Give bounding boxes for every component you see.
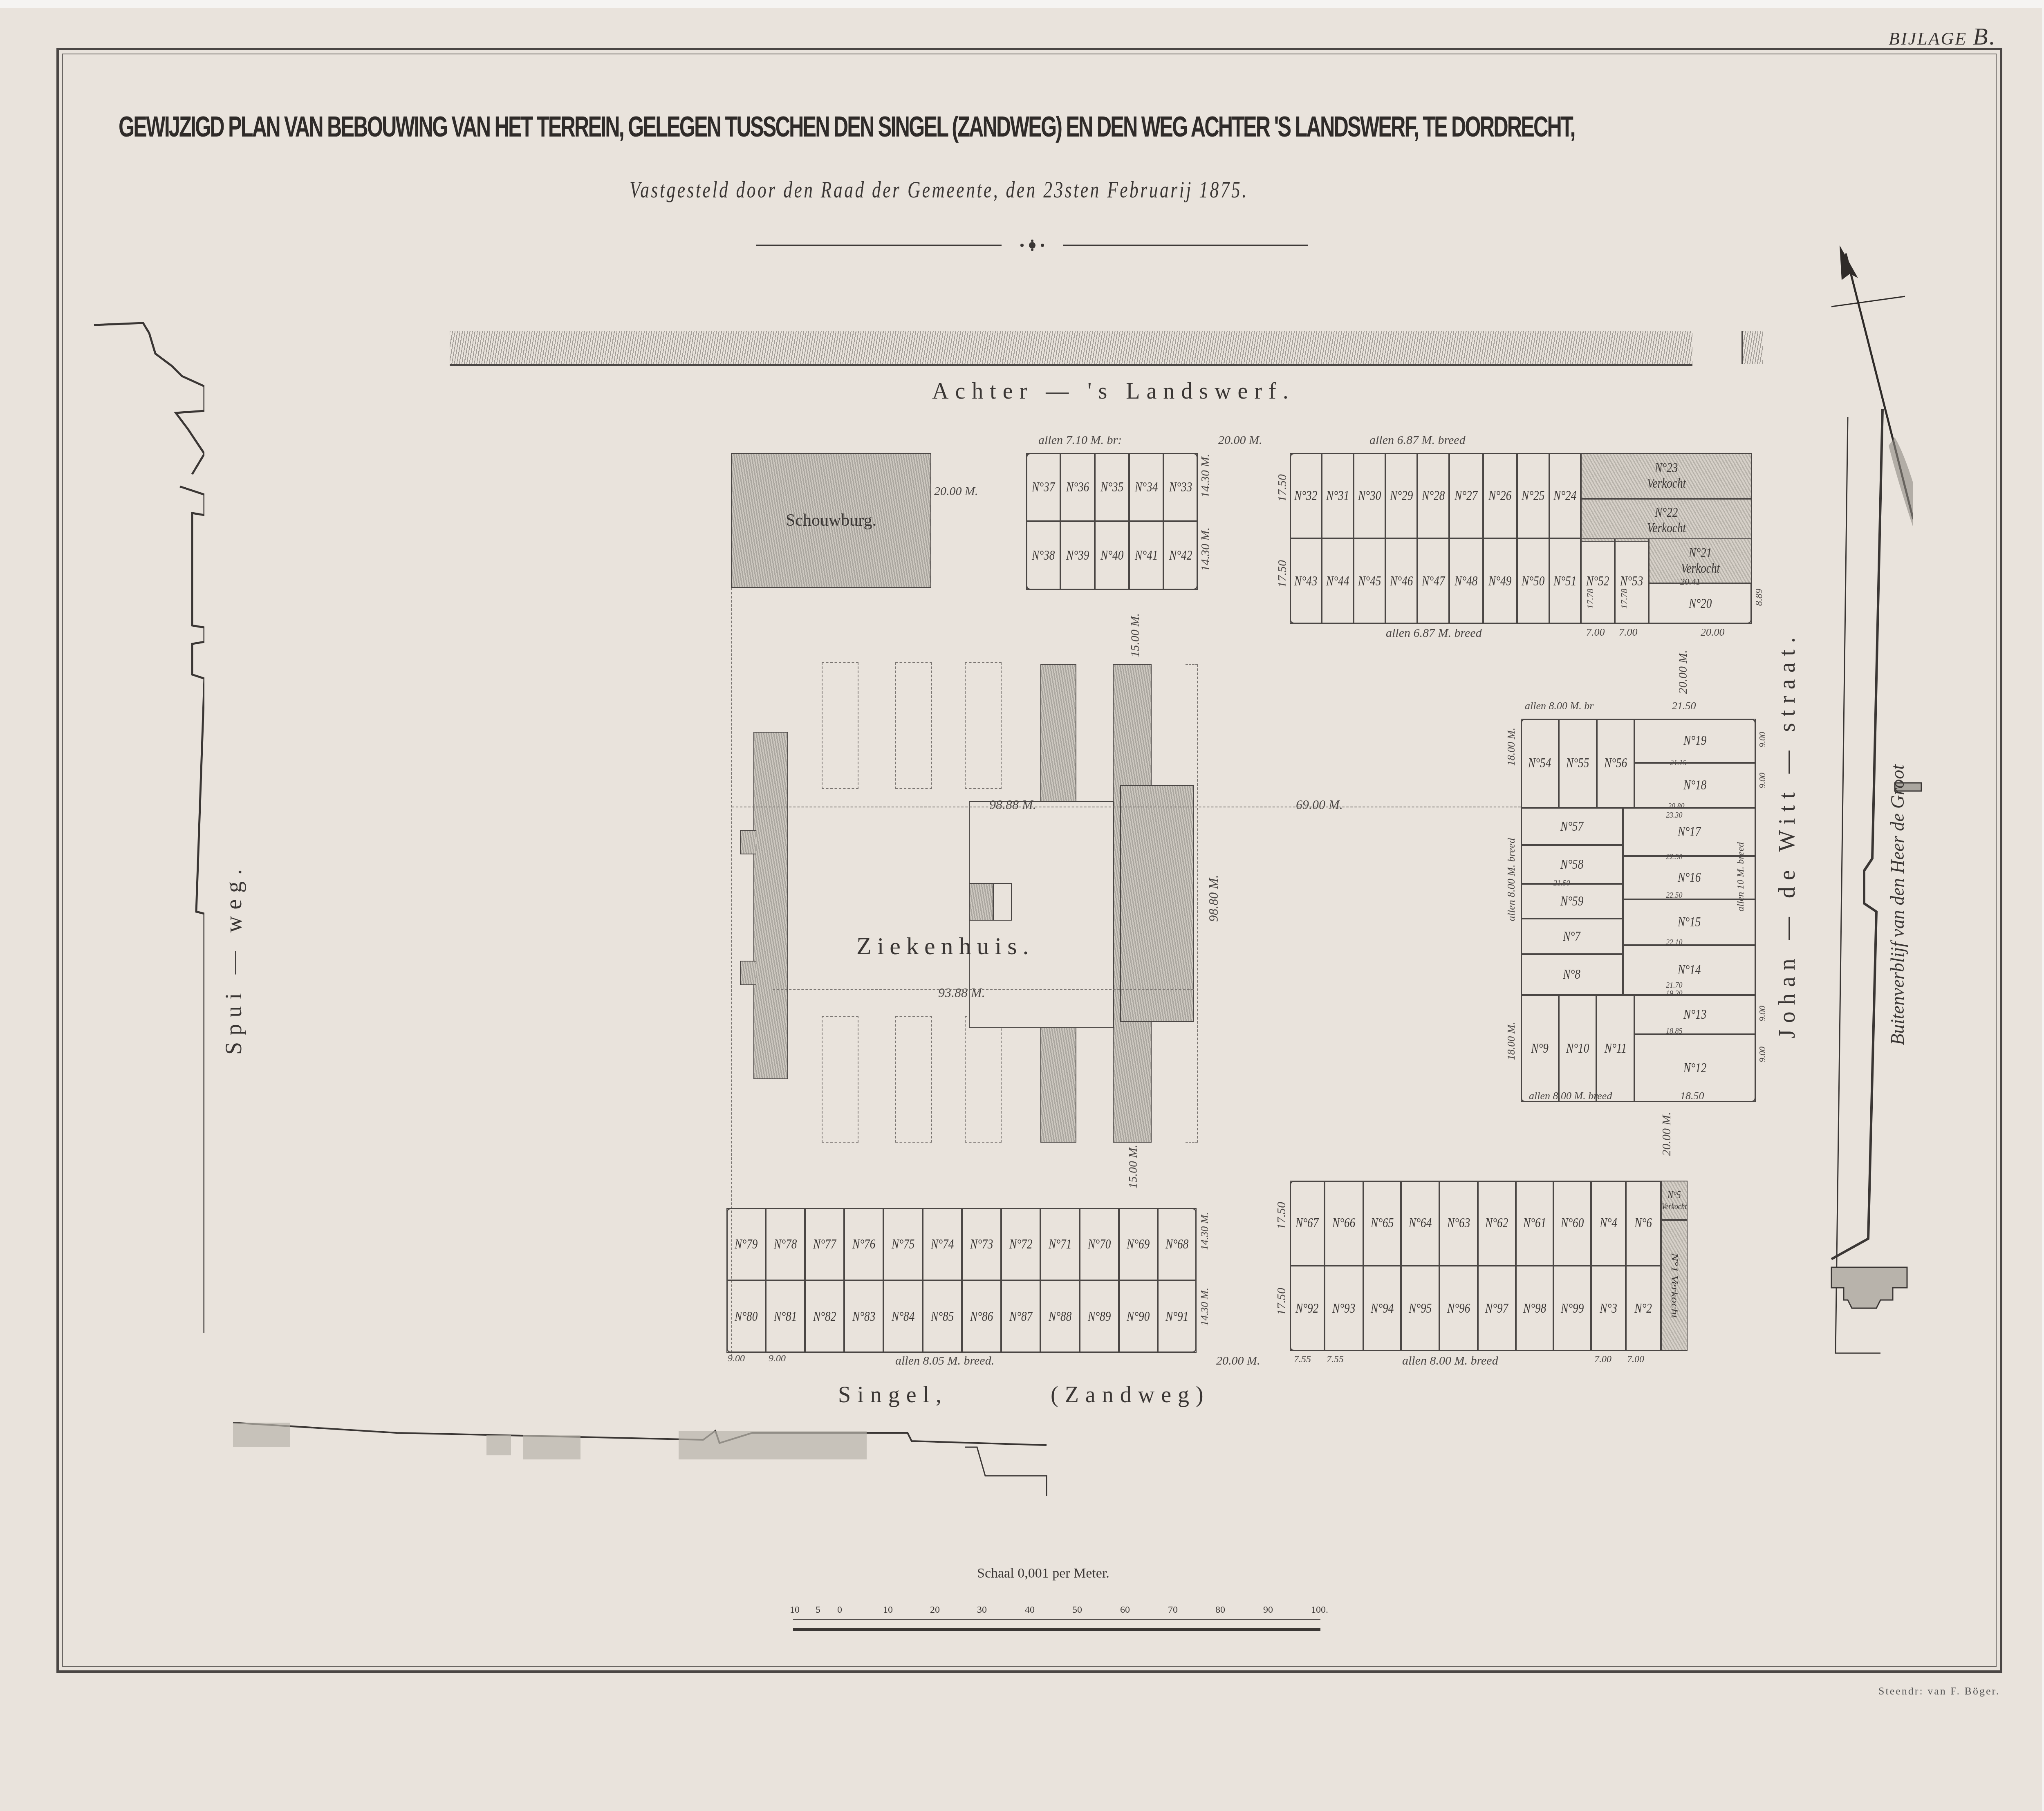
dim-block-c-left-mid: allen 8.00 M. breed: [1505, 838, 1517, 921]
dim-block-e-bottom-1: 7.55: [1294, 1354, 1311, 1365]
lot[interactable]: N°24: [1549, 453, 1581, 538]
hospital-planned-wing: [822, 662, 858, 789]
lot[interactable]: N°25: [1517, 453, 1549, 538]
street-label-singel: Singel,: [838, 1382, 948, 1408]
lot[interactable]: N°32: [1290, 453, 1322, 538]
lot[interactable]: N°49: [1483, 538, 1517, 624]
lot[interactable]: N°70: [1080, 1208, 1119, 1280]
lot[interactable]: N°19: [1634, 719, 1756, 763]
scale-tick: 10: [790, 1605, 800, 1616]
lot[interactable]: N°74: [923, 1208, 962, 1280]
dim-block-c-right-3: 9.00: [1757, 1006, 1768, 1022]
lot[interactable]: N°83: [844, 1280, 883, 1353]
lot[interactable]: N°99: [1553, 1266, 1591, 1351]
lot[interactable]: N°95: [1401, 1266, 1439, 1351]
lot[interactable]: N°64: [1401, 1181, 1439, 1266]
lot[interactable]: N°42: [1163, 521, 1198, 590]
lot[interactable]: N°11: [1596, 995, 1634, 1102]
scale-tick: 0: [837, 1605, 842, 1616]
dim-inner: 21.50: [1553, 879, 1570, 888]
lot[interactable]: N°84: [883, 1280, 923, 1353]
dim-line-horizontal: [732, 807, 1521, 807]
dim-hospital-right: 98.80 M.: [1206, 875, 1221, 922]
left-wall-outline: [82, 319, 204, 1333]
lot[interactable]: N°67: [1290, 1181, 1325, 1266]
lot[interactable]: N°35: [1095, 453, 1129, 521]
lot[interactable]: N°50: [1517, 538, 1549, 624]
lot-sold[interactable]: N°22Verkocht: [1581, 499, 1752, 542]
street-label-spui-weg: Spui — weg.: [221, 863, 247, 1055]
lot[interactable]: N°96: [1439, 1266, 1478, 1351]
lot[interactable]: N°10: [1559, 995, 1596, 1102]
lot[interactable]: N°60: [1553, 1181, 1591, 1266]
scale-tick: 90: [1263, 1605, 1273, 1616]
dim-inner: 19.20: [1666, 989, 1683, 998]
estate-label: Buitenverblijf van den Heer de Groot: [1887, 764, 1908, 1045]
lot[interactable]: N°47: [1417, 538, 1449, 624]
lot[interactable]: N°88: [1040, 1280, 1080, 1353]
lot[interactable]: N°26: [1483, 453, 1517, 538]
hospital-west-wing-annex: [740, 961, 756, 985]
lot[interactable]: N°87: [1001, 1280, 1040, 1353]
dim-block-e-left-1: 17.50: [1275, 1202, 1289, 1230]
dim-block-c-top-right: 21.50: [1672, 700, 1696, 712]
lot[interactable]: N°9: [1521, 995, 1559, 1102]
lot[interactable]: N°73: [962, 1208, 1001, 1280]
lot[interactable]: N°29: [1385, 453, 1417, 538]
dim-block-a-top: allen 7.10 M. br:: [1038, 433, 1122, 447]
lot[interactable]: N°43: [1290, 538, 1322, 624]
dim-lot-20-height: 8.89: [1754, 589, 1765, 606]
scale-tick: 60: [1120, 1605, 1130, 1616]
lot[interactable]: N°3: [1591, 1266, 1626, 1351]
dim-block-c-top: allen 8.00 M. br: [1525, 700, 1594, 712]
scale-tick: 100.: [1311, 1605, 1328, 1616]
street-label-achter-s-landswerf: Achter — 's Landswerf.: [932, 378, 1295, 404]
scale-tick: 10: [883, 1605, 893, 1616]
street-label-zandweg: (Zandweg): [1051, 1382, 1210, 1408]
lot[interactable]: N°36: [1060, 453, 1095, 521]
lot[interactable]: N°72: [1001, 1208, 1040, 1280]
dim-inner: 20.80: [1668, 802, 1685, 811]
lot[interactable]: N°90: [1119, 1280, 1158, 1353]
lot-sold[interactable]: N°1 Verkocht: [1661, 1220, 1688, 1351]
lot[interactable]: N°30: [1354, 453, 1385, 538]
top-wall-hatching: [450, 331, 1692, 366]
dim-inner: 22.90: [1666, 853, 1683, 861]
dim-lot-52: 17.78: [1585, 589, 1596, 609]
lot[interactable]: N°98: [1516, 1266, 1553, 1351]
dim-inner: 21.70: [1666, 981, 1683, 990]
dim-inner: 23.30: [1666, 811, 1683, 820]
lot[interactable]: N°48: [1449, 538, 1483, 624]
scale-label: Schaal 0,001 per Meter.: [977, 1566, 1109, 1581]
lot[interactable]: N°2: [1626, 1266, 1661, 1351]
dim-block-e-bottom-3: 7.00: [1594, 1354, 1611, 1365]
scale-tick: 70: [1168, 1605, 1178, 1616]
dim-line-horizontal: [773, 989, 1194, 990]
lot[interactable]: N°44: [1322, 538, 1354, 624]
dim-hospital-bottom: 93.88 M.: [938, 985, 985, 1000]
lot[interactable]: N°59: [1521, 884, 1623, 919]
dim-block-d-bottom-2: 9.00: [769, 1353, 786, 1364]
dim-block-e-bottom: allen 8.00 M. breed: [1402, 1354, 1498, 1368]
dim-block-c-right-4: 9.00: [1757, 1047, 1768, 1062]
schouwburg-building[interactable]: Schouwburg.: [731, 453, 931, 588]
lot[interactable]: N°6: [1626, 1181, 1661, 1266]
dim-lot-53: 17.78: [1619, 589, 1629, 609]
lot[interactable]: N°80: [726, 1280, 766, 1353]
dim-block-e-left-2: 17.50: [1275, 1288, 1289, 1316]
lot[interactable]: N°8: [1521, 954, 1623, 995]
dim-block-b-gap: 20.00 M.: [1218, 433, 1262, 447]
hospital-chapel: [969, 883, 993, 921]
lot[interactable]: N°61: [1516, 1181, 1553, 1266]
dim-block-d-gap: 20.00 M.: [1216, 1354, 1260, 1368]
lot[interactable]: N°7: [1521, 919, 1623, 954]
lot[interactable]: N°13: [1634, 995, 1756, 1034]
dim-block-a-right-2: 14.30 M.: [1199, 527, 1213, 572]
ornament-divider-icon: [756, 239, 1308, 251]
lot[interactable]: N°85: [923, 1280, 962, 1353]
dim-block-b-top: allen 6.87 M. breed: [1369, 433, 1466, 447]
lot[interactable]: N°55: [1559, 719, 1597, 808]
lot[interactable]: N°52: [1581, 538, 1615, 624]
dim-block-d-bottom-1: 9.00: [728, 1353, 745, 1364]
hospital-planned-wing: [965, 662, 1002, 789]
hospital-planned-wing: [965, 1016, 1002, 1143]
lot[interactable]: N°20: [1649, 583, 1752, 624]
dim-inner: 18.85: [1666, 1027, 1683, 1035]
lot[interactable]: N°63: [1439, 1181, 1478, 1266]
dim-hospital-to-block-c: 69.00 M.: [1296, 797, 1343, 812]
lot[interactable]: N°94: [1363, 1266, 1401, 1351]
dim-block-d-right-1: 14.30 M.: [1199, 1212, 1211, 1250]
lot[interactable]: N°62: [1478, 1181, 1516, 1266]
lot-sold[interactable]: N°5Verkocht: [1661, 1181, 1688, 1220]
lot[interactable]: N°65: [1363, 1181, 1401, 1266]
lot[interactable]: N°97: [1478, 1266, 1516, 1351]
dim-block-e-bottom-4: 7.00: [1627, 1354, 1644, 1365]
lot[interactable]: N°76: [844, 1208, 883, 1280]
dim-block-c-right-1: 9.00: [1757, 732, 1768, 748]
lot[interactable]: N°56: [1597, 719, 1634, 808]
lot[interactable]: N°33: [1163, 453, 1198, 521]
dim-block-d-bottom: allen 8.05 M. breed.: [895, 1354, 994, 1368]
lot[interactable]: N°77: [805, 1208, 844, 1280]
lot[interactable]: N°45: [1354, 538, 1385, 624]
dim-block-c-below: 20.00 M.: [1660, 1112, 1674, 1156]
dim-inner: 22.10: [1666, 938, 1683, 947]
lot[interactable]: N°53: [1615, 538, 1649, 624]
dim-block-c-right-2: 9.00: [1757, 773, 1768, 789]
lot[interactable]: N°93: [1325, 1266, 1363, 1351]
scale-tick: 40: [1025, 1605, 1035, 1616]
dim-inner: 21.15: [1670, 759, 1687, 767]
lot[interactable]: N°37: [1026, 453, 1060, 521]
schouwburg-label: Schouwburg.: [786, 511, 876, 530]
lot[interactable]: N°79: [726, 1208, 766, 1280]
top-right-wall-stub: [1741, 331, 1763, 364]
hospital-east-block[interactable]: [1120, 785, 1194, 1022]
dim-block-b-left-2: 17.50: [1275, 560, 1289, 588]
lot[interactable]: N°78: [766, 1208, 805, 1280]
lot[interactable]: N°82: [805, 1280, 844, 1353]
lot[interactable]: N°75: [883, 1208, 923, 1280]
appendix-label: BIJLAGE B.: [1889, 22, 1997, 51]
lot[interactable]: N°4: [1591, 1181, 1626, 1266]
dim-block-b-below: 20.00 M.: [1676, 650, 1690, 694]
dim-block-b-bottom-2: 7.00: [1619, 626, 1638, 639]
dim-block-b-bottom-3: 20.00: [1701, 626, 1725, 639]
dim-block-b-bottom-1: 7.00: [1586, 626, 1605, 639]
bottom-wall-outline: [229, 1419, 1149, 1500]
dim-block-a-right-1: 14.30 M.: [1199, 454, 1213, 498]
dim-block-b-left-1: 17.50: [1275, 474, 1289, 502]
dim-block-d-above: 15.00 M.: [1126, 1145, 1140, 1189]
hospital-west-wing[interactable]: [753, 732, 788, 1079]
map-title: GEWIJZIGD PLAN VAN BEBOUWING VAN HET TER…: [119, 110, 1925, 159]
lithographer-credit: Steendr: van F. Böger.: [1878, 1685, 2000, 1697]
lot[interactable]: N°18: [1634, 763, 1756, 808]
lot[interactable]: N°41: [1129, 521, 1163, 590]
scale-bar: [793, 1619, 1320, 1631]
lot[interactable]: N°92: [1290, 1266, 1325, 1351]
dim-lot-20-width: 20.41: [1680, 576, 1701, 587]
lot[interactable]: N°86: [962, 1280, 1001, 1353]
hospital-planned-wing: [822, 1016, 858, 1143]
scale-tick: 5: [816, 1605, 820, 1616]
lot[interactable]: N°66: [1325, 1181, 1363, 1266]
scale-tick: 50: [1072, 1605, 1082, 1616]
hospital-chapel-annex: [993, 883, 1012, 921]
lot[interactable]: N°51: [1549, 538, 1581, 624]
dim-block-d-right-2: 14.30 M.: [1199, 1288, 1211, 1326]
hospital-planned-wing: [895, 662, 932, 789]
lot[interactable]: N°58: [1521, 845, 1623, 884]
lot[interactable]: N°39: [1060, 521, 1095, 590]
hospital-label: Ziekenhuis.: [856, 932, 1035, 960]
street-label-johan-de-witt-straat: Johan — de Witt — straat.: [1774, 548, 1800, 1038]
map-subtitle: Vastgesteld door den Raad der Gemeente, …: [630, 176, 1248, 203]
lot[interactable]: N°91: [1158, 1280, 1197, 1353]
scale-tick: 80: [1215, 1605, 1225, 1616]
dim-block-c-bottom: allen 8.00 M. breed: [1529, 1090, 1612, 1102]
lot[interactable]: N°89: [1080, 1280, 1119, 1353]
dim-block-e-bottom-2: 7.55: [1327, 1354, 1344, 1365]
right-canal-outline: [1807, 401, 2011, 1361]
scale-tick: 20: [930, 1605, 940, 1616]
hospital-west-wing-annex: [740, 830, 756, 854]
lot[interactable]: N°27: [1449, 453, 1483, 538]
dim-block-c-left-top: 18.00 M.: [1505, 728, 1517, 766]
lot[interactable]: N°34: [1129, 453, 1163, 521]
lot-sold[interactable]: N°23Verkocht: [1581, 453, 1752, 499]
dim-block-b-bottom: allen 6.87 M. breed: [1386, 626, 1482, 640]
lot[interactable]: N°46: [1385, 538, 1417, 624]
lot[interactable]: N°40: [1095, 521, 1129, 590]
lot[interactable]: N°28: [1417, 453, 1449, 538]
lot[interactable]: N°71: [1040, 1208, 1080, 1280]
hospital-planned-wing: [895, 1016, 932, 1143]
lot[interactable]: N°57: [1521, 808, 1623, 845]
dim-block-c-right-mid: allen 10 M. breed: [1735, 842, 1746, 912]
scale-tick: 30: [977, 1605, 987, 1616]
dim-block-c-left-bottom: 18.00 M.: [1505, 1022, 1517, 1060]
dim-schouwburg-gap: 20.00 M.: [934, 484, 978, 498]
lot[interactable]: N°81: [766, 1280, 805, 1353]
dim-hospital-top: 98.88 M.: [989, 797, 1036, 812]
dim-block-c-bottom-right: 18.50: [1680, 1090, 1704, 1102]
dim-inner: 22.50: [1666, 891, 1683, 900]
lot[interactable]: N°31: [1322, 453, 1354, 538]
lot[interactable]: N°68: [1158, 1208, 1197, 1280]
lot[interactable]: N°38: [1026, 521, 1060, 590]
lot[interactable]: N°69: [1119, 1208, 1158, 1280]
lot[interactable]: N°14: [1623, 945, 1756, 995]
lot[interactable]: N°54: [1521, 719, 1559, 808]
dim-block-a-below: 15.00 M.: [1128, 613, 1142, 657]
